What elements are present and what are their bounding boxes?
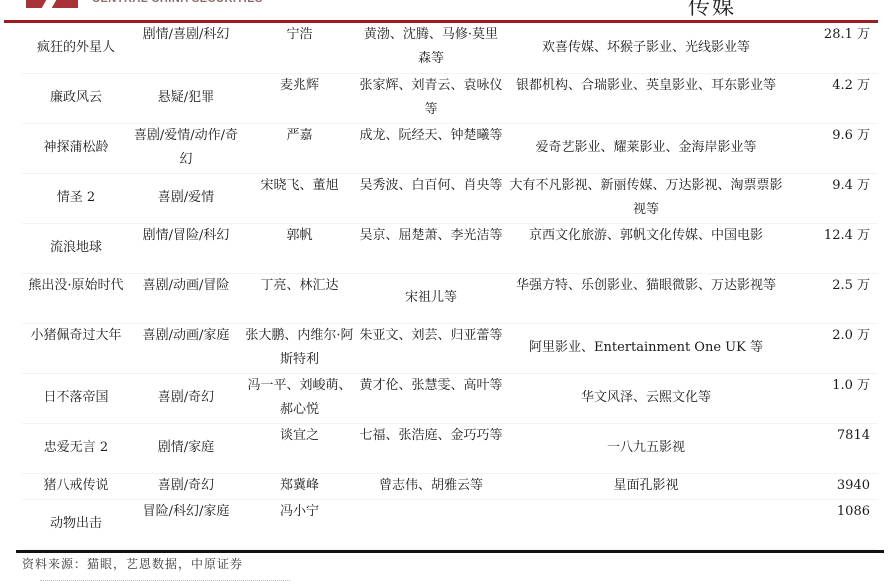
table-row: 动物出击 冒险/科幻/家庭 冯小宁 1086 xyxy=(22,499,878,549)
table-bottom-rule xyxy=(16,550,884,553)
film-director: 冯小宁 xyxy=(242,499,357,549)
film-genre: 喜剧/爱情 xyxy=(130,173,242,223)
film-director: 冯一平、刘峻萌、郝心悦 xyxy=(242,373,357,423)
film-value: 2.5 万 xyxy=(787,273,878,323)
film-cast: 张家辉、刘青云、袁咏仪等 xyxy=(357,73,505,123)
film-cast: 成龙、阮经天、钟楚曦等 xyxy=(357,123,505,173)
film-value: 7814 xyxy=(787,423,878,473)
table-row: 熊出没·原始时代 喜剧/动画/冒险 丁亮、林汇达 宋祖儿等 华强方特、乐创影业、… xyxy=(22,273,878,323)
film-genre: 剧情/家庭 xyxy=(130,423,242,473)
table-row: 流浪地球 剧情/冒险/科幻 郭帆 吴京、屈楚萧、李光洁等 京西文化旅游、郭帆文化… xyxy=(22,223,878,273)
film-director: 麦兆辉 xyxy=(242,73,357,123)
film-director: 郭帆 xyxy=(242,223,357,273)
table-row: 神探蒲松龄 喜剧/爱情/动作/奇幻 严嘉 成龙、阮经天、钟楚曦等 爱奇艺影业、耀… xyxy=(22,123,878,173)
film-title: 小猪佩奇过大年 xyxy=(22,323,130,373)
film-genre: 喜剧/动画/家庭 xyxy=(130,323,242,373)
film-value: 1086 xyxy=(787,499,878,549)
table-row: 日不落帝国 喜剧/奇幻 冯一平、刘峻萌、郝心悦 黄才伦、张慧雯、高叶等 华文风泽… xyxy=(22,373,878,423)
film-cast: 黄才伦、张慧雯、高叶等 xyxy=(357,373,505,423)
film-producers: 京西文化旅游、郭帆文化传媒、中国电影 xyxy=(505,223,787,273)
film-schedule-table: 疯狂的外星人 剧情/喜剧/科幻 宁浩 黄渤、沈腾、马修·莫里森等 欢喜传媒、坏猴… xyxy=(22,23,878,550)
film-value: 3940 xyxy=(787,473,878,499)
film-producers: 阿里影业、Entertainment One UK 等 xyxy=(505,323,787,373)
film-producers: 银都机构、合瑞影业、英皇影业、耳东影业等 xyxy=(505,73,787,123)
table-row: 小猪佩奇过大年 喜剧/动画/家庭 张大鹏、内维尔·阿斯特利 朱亚文、刘芸、归亚蕾… xyxy=(22,323,878,373)
film-value: 28.1 万 xyxy=(787,23,878,73)
film-title: 动物出击 xyxy=(22,499,130,549)
film-producers: 华文风泽、云熙文化等 xyxy=(505,373,787,423)
film-director: 郑冀峰 xyxy=(242,473,357,499)
company-logo-mark xyxy=(26,0,78,8)
film-genre: 剧情/冒险/科幻 xyxy=(130,223,242,273)
film-cast: 黄渤、沈腾、马修·莫里森等 xyxy=(357,23,505,73)
table-row: 猪八戒传说 喜剧/奇幻 郑冀峰 曾志伟、胡雅云等 星面孔影视 3940 xyxy=(22,473,878,499)
film-director: 谈宜之 xyxy=(242,423,357,473)
page-section-title: 传媒 xyxy=(688,0,736,21)
film-director: 张大鹏、内维尔·阿斯特利 xyxy=(242,323,357,373)
film-title: 疯狂的外星人 xyxy=(22,23,130,73)
film-director: 丁亮、林汇达 xyxy=(242,273,357,323)
film-title: 情圣 2 xyxy=(22,173,130,223)
film-value: 9.6 万 xyxy=(787,123,878,173)
film-producers: 爱奇艺影业、耀莱影业、金海岸影业等 xyxy=(505,123,787,173)
film-cast xyxy=(357,499,505,549)
film-cast: 吴秀波、白百何、肖央等 xyxy=(357,173,505,223)
film-value: 9.4 万 xyxy=(787,173,878,223)
film-director: 严嘉 xyxy=(242,123,357,173)
film-title: 神探蒲松龄 xyxy=(22,123,130,173)
film-genre: 冒险/科幻/家庭 xyxy=(130,499,242,549)
table-row: 廉政风云 悬疑/犯罪 麦兆辉 张家辉、刘青云、袁咏仪等 银都机构、合瑞影业、英皇… xyxy=(22,73,878,123)
film-genre: 喜剧/奇幻 xyxy=(130,373,242,423)
film-value: 1.0 万 xyxy=(787,373,878,423)
film-title: 流浪地球 xyxy=(22,223,130,273)
film-director: 宋晓飞、董旭 xyxy=(242,173,357,223)
film-title: 熊出没·原始时代 xyxy=(22,273,130,323)
table-row: 情圣 2 喜剧/爱情 宋晓飞、董旭 吴秀波、白百何、肖央等 大有不凡影视、新丽传… xyxy=(22,173,878,223)
film-producers: 星面孔影视 xyxy=(505,473,787,499)
film-value: 4.2 万 xyxy=(787,73,878,123)
film-value: 2.0 万 xyxy=(787,323,878,373)
film-title: 日不落帝国 xyxy=(22,373,130,423)
source-note: 资料来源：猫眼，艺恩数据，中原证券 xyxy=(22,555,243,572)
film-title: 廉政风云 xyxy=(22,73,130,123)
film-cast: 宋祖儿等 xyxy=(357,273,505,323)
film-cast: 曾志伟、胡雅云等 xyxy=(357,473,505,499)
film-cast: 朱亚文、刘芸、归亚蕾等 xyxy=(357,323,505,373)
film-producers: 大有不凡影视、新丽传媒、万达影视、淘票票影视等 xyxy=(505,173,787,223)
film-cast: 七福、张浩庭、金巧巧等 xyxy=(357,423,505,473)
film-title: 猪八戒传说 xyxy=(22,473,130,499)
film-cast: 吴京、屈楚萧、李光洁等 xyxy=(357,223,505,273)
cut-off-text-line xyxy=(40,580,290,585)
film-director: 宁浩 xyxy=(242,23,357,73)
film-genre: 喜剧/爱情/动作/奇幻 xyxy=(130,123,242,173)
film-genre: 悬疑/犯罪 xyxy=(130,73,242,123)
film-genre: 喜剧/奇幻 xyxy=(130,473,242,499)
table-row: 忠爱无言 2 剧情/家庭 谈宜之 七福、张浩庭、金巧巧等 一八九五影视 7814 xyxy=(22,423,878,473)
film-producers xyxy=(505,499,787,549)
film-producers: 欢喜传媒、坏猴子影业、光线影业等 xyxy=(505,23,787,73)
company-logo-text: CENTRAL CHINA SECURITIES xyxy=(92,0,263,5)
film-producers: 一八九五影视 xyxy=(505,423,787,473)
table-row: 疯狂的外星人 剧情/喜剧/科幻 宁浩 黄渤、沈腾、马修·莫里森等 欢喜传媒、坏猴… xyxy=(22,23,878,73)
film-value: 12.4 万 xyxy=(787,223,878,273)
film-genre: 剧情/喜剧/科幻 xyxy=(130,23,242,73)
film-title: 忠爱无言 2 xyxy=(22,423,130,473)
film-genre: 喜剧/动画/冒险 xyxy=(130,273,242,323)
film-producers: 华强方特、乐创影业、猫眼微影、万达影视等 xyxy=(505,273,787,323)
